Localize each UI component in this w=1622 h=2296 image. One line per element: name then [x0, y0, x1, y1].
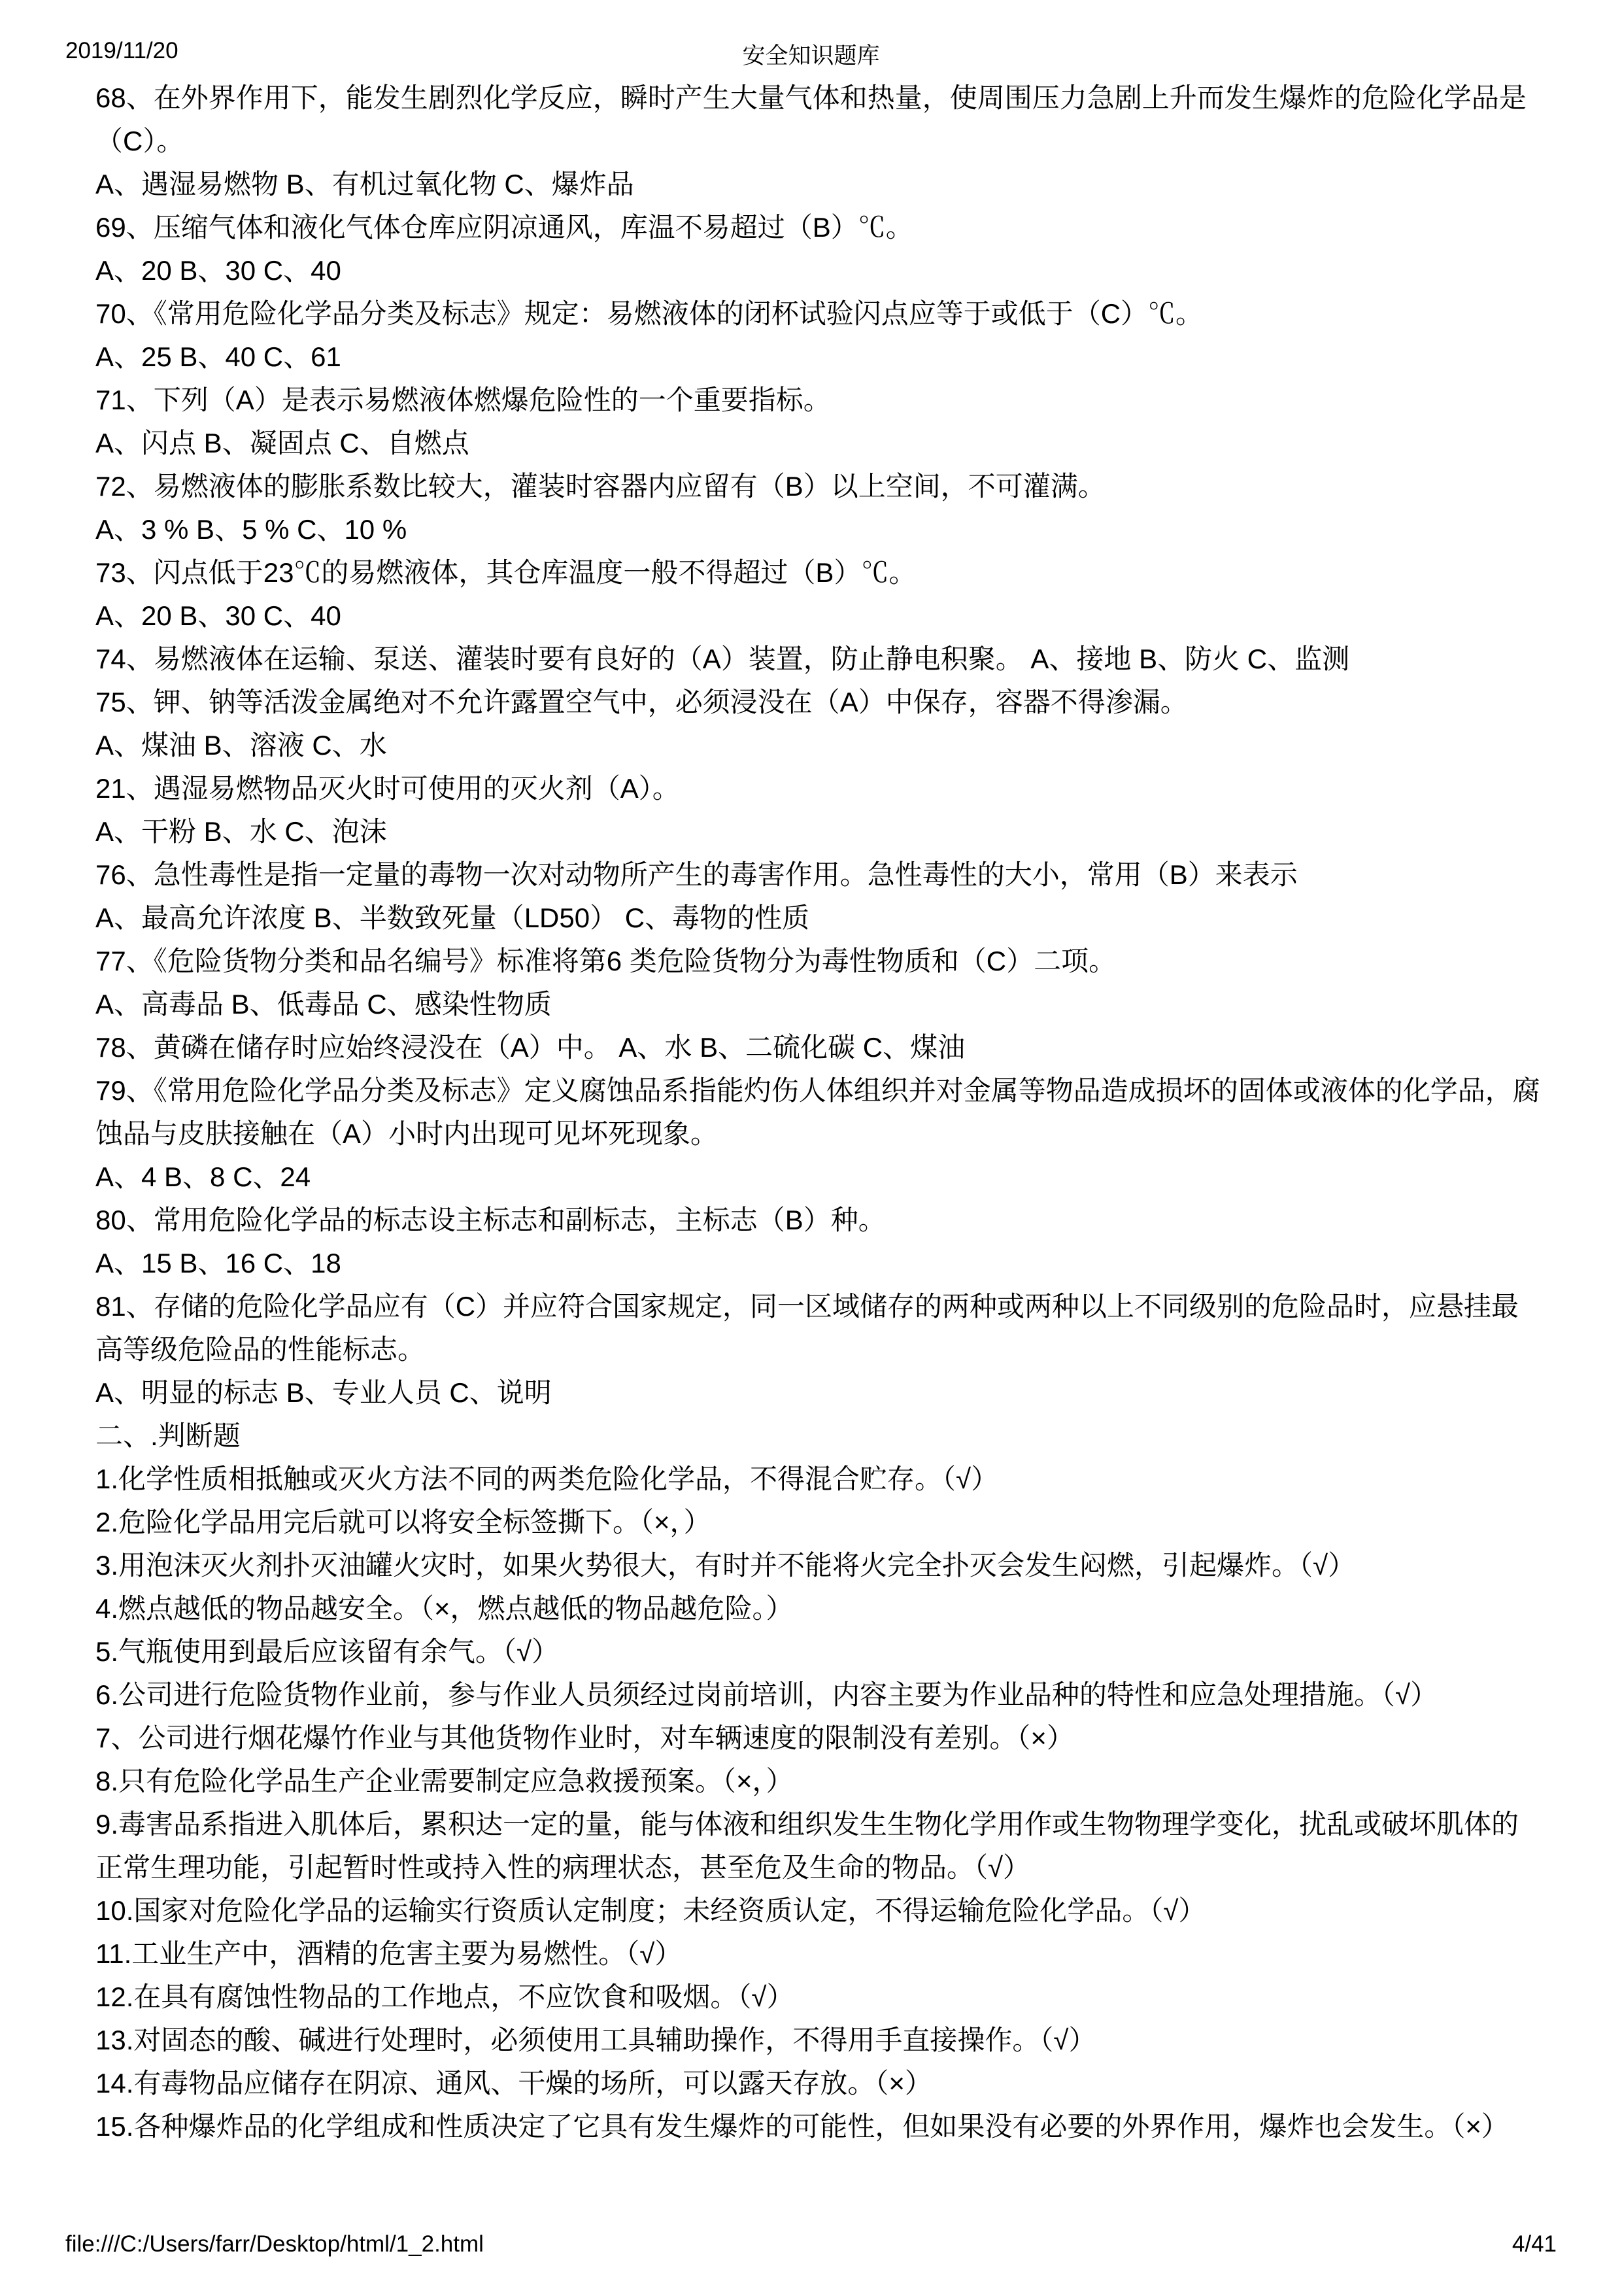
- options-75: A、煤油 B、溶液 C、水: [95, 724, 1543, 767]
- judgment-4: 4.燃点越低的物品越安全。（×，燃点越低的物品越危险。）: [95, 1587, 1543, 1630]
- options-81: A、明显的标志 B、专业人员 C、说明: [95, 1371, 1543, 1414]
- judgment-13: 13.对固态的酸、碱进行处理时，必须使用工具辅助操作，不得用手直接操作。（√）: [95, 2019, 1543, 2062]
- judgment-14: 14.有毒物品应储存在阴凉、通风、干燥的场所，可以露天存放。（×）: [95, 2062, 1543, 2105]
- options-70: A、25 B、40 C、61: [95, 335, 1543, 379]
- question-77: 77、《危险货物分类和品名编号》标准将第6 类危险货物分为毒性物质和（C）二项。: [95, 940, 1543, 983]
- judgment-15: 15.各种爆炸品的化学组成和性质决定了它具有发生爆炸的可能性，但如果没有必要的外…: [95, 2105, 1543, 2148]
- question-79: 79、《常用危险化学品分类及标志》定义腐蚀品系指能灼伤人体组织并对金属等物品造成…: [95, 1069, 1543, 1156]
- source-file-path: file:///C:/Users/farr/Desktop/html/1_2.h…: [65, 2231, 484, 2257]
- document-title: 安全知识题库: [65, 38, 1557, 71]
- question-list: 68、在外界作用下，能发生剧烈化学反应，瞬时产生大量气体和热量，使周围压力急剧上…: [95, 77, 1543, 2148]
- judgment-8: 8.只有危险化学品生产企业需要制定应急救援预案。（×，）: [95, 1760, 1543, 1803]
- question-69: 69、压缩气体和液化气体仓库应阴凉通风，库温不易超过（B）℃。: [95, 206, 1543, 249]
- question-81: 81、存储的危险化学品应有（C）并应符合国家规定，同一区域储存的两种或两种以上不…: [95, 1285, 1543, 1371]
- question-21: 21、遇湿易燃物品灭火时可使用的灭火剂（A）。: [95, 767, 1543, 810]
- judgment-5: 5.气瓶使用到最后应该留有余气。（√）: [95, 1630, 1543, 1673]
- judgment-9: 9.毒害品系指进入肌体后，累积达一定的量，能与体液和组织发生生物化学用作或生物物…: [95, 1803, 1543, 1889]
- options-77: A、高毒品 B、低毒品 C、感染性物质: [95, 983, 1543, 1026]
- judgment-11: 11.工业生产中，酒精的危害主要为易燃性。（√）: [95, 1932, 1543, 1976]
- judgment-6: 6.公司进行危险货物作业前，参与作业人员须经过岗前培训，内容主要为作业品种的特性…: [95, 1673, 1543, 1717]
- judgment-10: 10.国家对危险化学品的运输实行资质认定制度；未经资质认定，不得运输危险化学品。…: [95, 1889, 1543, 1932]
- print-footer: file:///C:/Users/farr/Desktop/html/1_2.h…: [65, 2231, 1557, 2260]
- options-72: A、3 % B、5 % C、10 %: [95, 508, 1543, 551]
- judgment-3: 3.用泡沫灭火剂扑灭油罐火灾时，如果火势很大，有时并不能将火完全扑灭会发生闷燃，…: [95, 1544, 1543, 1587]
- question-68: 68、在外界作用下，能发生剧烈化学反应，瞬时产生大量气体和热量，使周围压力急剧上…: [95, 77, 1543, 163]
- question-74: 74、易燃液体在运输、泵送、灌装时要有良好的（A）装置，防止静电积聚。 A、接地…: [95, 638, 1543, 681]
- judgment-1: 1.化学性质相抵触或灭火方法不同的两类危险化学品，不得混合贮存。（√）: [95, 1458, 1543, 1501]
- section-heading-judgment: 二、.判断题: [95, 1414, 1543, 1458]
- question-73: 73、闪点低于23℃的易燃液体，其仓库温度一般不得超过（B）℃。: [95, 551, 1543, 594]
- judgment-7: 7、公司进行烟花爆竹作业与其他货物作业时，对车辆速度的限制没有差别。（×）: [95, 1717, 1543, 1760]
- judgment-12: 12.在具有腐蚀性物品的工作地点，不应饮食和吸烟。（√）: [95, 1976, 1543, 2019]
- print-header: 2019/11/20 安全知识题库: [65, 38, 1557, 71]
- question-70: 70、《常用危险化学品分类及标志》规定：易燃液体的闭杯试验闪点应等于或低于（C）…: [95, 292, 1543, 335]
- options-71: A、闪点 B、凝固点 C、自燃点: [95, 422, 1543, 465]
- question-71: 71、下列（A）是表示易燃液体燃爆危险性的一个重要指标。: [95, 379, 1543, 422]
- options-21: A、干粉 B、水 C、泡沫: [95, 810, 1543, 853]
- options-80: A、15 B、16 C、18: [95, 1242, 1543, 1285]
- options-69: A、20 B、30 C、40: [95, 249, 1543, 292]
- page-number: 4/41: [1512, 2231, 1557, 2257]
- question-72: 72、易燃液体的膨胀系数比较大，灌装时容器内应留有（B）以上空间，不可灌满。: [95, 465, 1543, 508]
- options-76: A、最高允许浓度 B、半数致死量（LD50） C、毒物的性质: [95, 897, 1543, 940]
- printed-page: 2019/11/20 安全知识题库 68、在外界作用下，能发生剧烈化学反应，瞬时…: [0, 0, 1622, 2296]
- question-80: 80、常用危险化学品的标志设主标志和副标志，主标志（B）种。: [95, 1199, 1543, 1242]
- question-76: 76、急性毒性是指一定量的毒物一次对动物所产生的毒害作用。急性毒性的大小，常用（…: [95, 853, 1543, 897]
- options-73: A、20 B、30 C、40: [95, 594, 1543, 638]
- question-78: 78、黄磷在储存时应始终浸没在（A）中。 A、水 B、二硫化碳 C、煤油: [95, 1026, 1543, 1069]
- question-75: 75、钾、钠等活泼金属绝对不允许露置空气中，必须浸没在（A）中保存，容器不得渗漏…: [95, 681, 1543, 724]
- options-68: A、遇湿易燃物 B、有机过氧化物 C、爆炸品: [95, 163, 1543, 206]
- options-79: A、4 B、8 C、24: [95, 1156, 1543, 1199]
- judgment-2: 2.危险化学品用完后就可以将安全标签撕下。（×，）: [95, 1501, 1543, 1544]
